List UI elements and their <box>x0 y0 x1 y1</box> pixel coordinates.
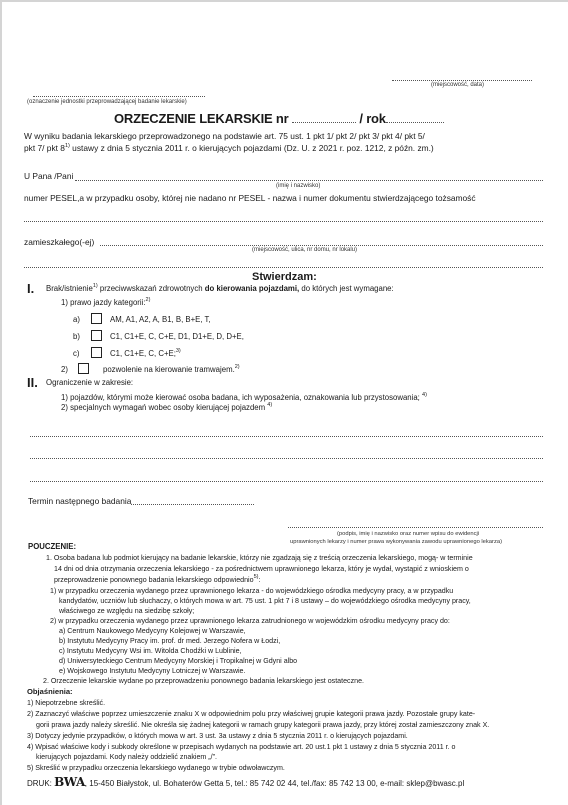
explanation-5: 5) Skreślić w przypadku orzeczenia lekar… <box>27 763 285 774</box>
name-field[interactable] <box>75 180 543 181</box>
notice-heading: POUCZENIE: <box>28 542 76 553</box>
next-exam-label: Termin następnego badania <box>28 496 131 506</box>
category-option-a: a)AM, A1, A2, A, B1, B, B+E, T, <box>73 313 211 324</box>
title-prefix: ORZECZENIE LEKARSKIE nr <box>114 111 289 126</box>
document-title: ORZECZENIE LEKARSKIE nr / rok <box>114 111 444 126</box>
address-field[interactable] <box>100 245 543 246</box>
tram-permit-option: 2)pozwolenie na kierowanie tramwajem.2) <box>61 363 240 374</box>
next-exam-field[interactable] <box>131 504 254 505</box>
printer-address: , 15-450 Białystok, ul. Bohaterów Getta … <box>85 779 464 788</box>
section-1-numeral: I. <box>27 281 34 296</box>
restriction-line-3[interactable] <box>30 481 543 482</box>
notice-p1-line-1: 1. Osoba badana lub podmiot kierujący na… <box>46 553 473 564</box>
print-footer: DRUK: BWA, 15-450 Białystok, ul. Bohater… <box>27 775 464 789</box>
address-field-line-2[interactable] <box>24 267 543 268</box>
notice-p1-line-2: 14 dni od dnia otrzymania orzeczenia lek… <box>54 564 469 575</box>
print-label: DRUK: <box>27 779 52 788</box>
place-date-field[interactable] <box>392 80 532 81</box>
explanation-1: 1) Niepotrzebne skreślić. <box>27 698 105 709</box>
intro-line-2: pkt 7/ pkt 81) ustawy z dnia 5 stycznia … <box>24 143 434 153</box>
unit-field[interactable] <box>33 96 205 97</box>
pesel-field[interactable] <box>24 221 543 222</box>
signature-caption-1: (podpis, imię i nazwisko oraz numer wpis… <box>337 531 479 537</box>
pesel-label: numer PESEL,a w przypadku osoby, której … <box>24 193 476 203</box>
category-option-b: b)C1, C1+E, C, C+E, D1, D1+E, D, D+E, <box>73 330 244 341</box>
intro-line-1: W wyniku badania lekarskiego przeprowadz… <box>24 131 425 141</box>
notice-p1-line-3: przeprowadzenie ponownego badania lekars… <box>54 575 260 586</box>
section-2-numeral: II. <box>27 375 38 390</box>
restriction-requirements: 2) specjalnych wymagań wobec osoby kieru… <box>61 403 272 412</box>
bwa-logo: BWA <box>54 775 85 789</box>
tram-permit-checkbox[interactable] <box>78 363 89 374</box>
category-c-checkbox[interactable] <box>91 347 102 358</box>
address-label: zamieszkałego(-ej) <box>24 237 94 247</box>
section-heading: Stwierdzam: <box>252 271 317 283</box>
category-a-checkbox[interactable] <box>91 313 102 324</box>
name-caption: (imię i nazwisko) <box>276 183 320 189</box>
category-option-c: c)C1, C1+E, C, C+E;3) <box>73 347 181 358</box>
explanations-heading: Objaśnienia: <box>27 687 73 698</box>
signature-caption-2: uprawnionych lekarzy i numer prawa wykon… <box>290 539 502 545</box>
signature-field[interactable] <box>288 527 543 528</box>
restriction-vehicles: 1) pojazdów, którymi może kierować osoba… <box>61 393 427 402</box>
place-date-caption: (miejscowość, data) <box>431 82 484 88</box>
title-year-label: / rok <box>359 111 385 126</box>
restriction-line-2[interactable] <box>30 458 543 459</box>
restriction-line-1[interactable] <box>30 436 543 437</box>
license-categories-label: 1) prawo jazdy kategorii:2) <box>61 298 150 307</box>
number-field[interactable] <box>292 122 356 123</box>
section-1-text: Brak/istnienie1) przeciwwskazań zdrowotn… <box>46 284 394 293</box>
section-2-text: Ograniczenie w zakresie: <box>46 378 133 387</box>
unit-caption: (oznaczenie jednostki przeprowadzającej … <box>27 99 187 105</box>
name-label: U Pana /Pani <box>24 171 73 181</box>
category-b-checkbox[interactable] <box>91 330 102 341</box>
address-caption: (miejscowość, ulica, nr domu, nr lokalu) <box>252 247 357 253</box>
explanation-4-line-2: kierujących pojazdami. Kody należy oddzi… <box>36 752 217 763</box>
year-field[interactable] <box>386 122 444 123</box>
notice-p2: 2. Orzeczenie lekarskie wydane po przepr… <box>43 676 364 687</box>
explanation-3: 3) Dotyczy jedynie przypadków, o których… <box>27 731 408 742</box>
explanation-2-line-1: 2) Zaznaczyć właściwe poprzez umieszczen… <box>27 709 475 720</box>
explanation-2-line-2: gorii prawa jazdy należy skreślić. Nie o… <box>36 720 489 731</box>
